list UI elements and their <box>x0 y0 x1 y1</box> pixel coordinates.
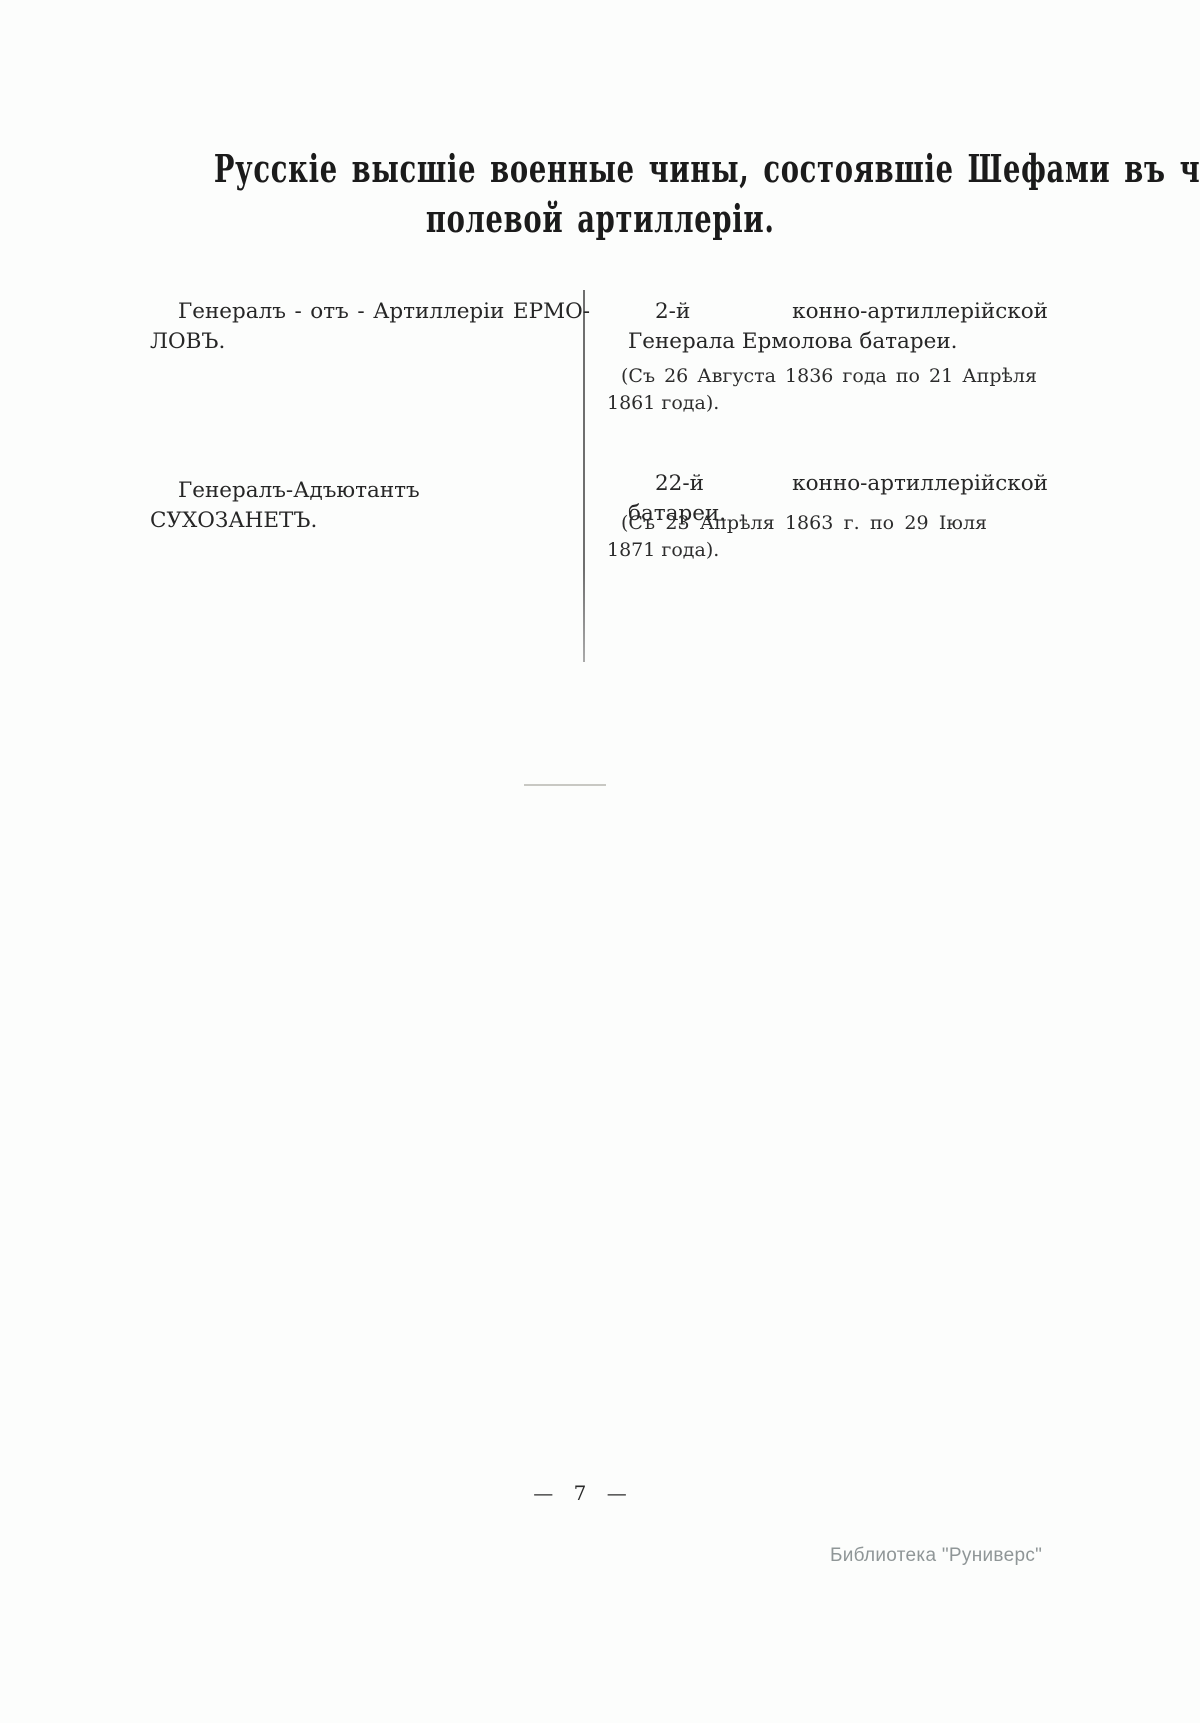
library-watermark: Библиотека "Руниверс" <box>830 1545 1042 1567</box>
page-title-line-2: полевой артиллеріи. <box>426 194 775 244</box>
entry-ermolov-unit-name: 2-й конно-артиллерійской Генерала Ермоло… <box>628 297 1048 357</box>
entry-ermolov-chief-name: Генералъ - отъ - Артиллеріи ЕРМО-ЛОВЪ. <box>150 297 590 357</box>
entry-ermolov-dates: (Съ 26 Августа 1836 года по 21 Апрѣля 18… <box>607 363 1037 417</box>
page-title: Русскіе высшіе военные чины, состоявшіе … <box>0 144 1200 244</box>
page-title-line-1: Русскіе высшіе военные чины, состоявшіе … <box>214 144 1200 194</box>
scanned-book-page: Русскіе высшіе военные чины, состоявшіе … <box>0 0 1200 1723</box>
entry-sukhozanet-chief-name: Генералъ-Адъютантъ СУХОЗАНЕТЪ. <box>150 476 590 536</box>
page-number: — 7 — <box>498 1481 662 1505</box>
entry-sukhozanet-dates: (Съ 23 Апрѣля 1863 г. по 29 Іюля 1871 го… <box>607 510 987 564</box>
section-separator-dash <box>524 784 606 786</box>
